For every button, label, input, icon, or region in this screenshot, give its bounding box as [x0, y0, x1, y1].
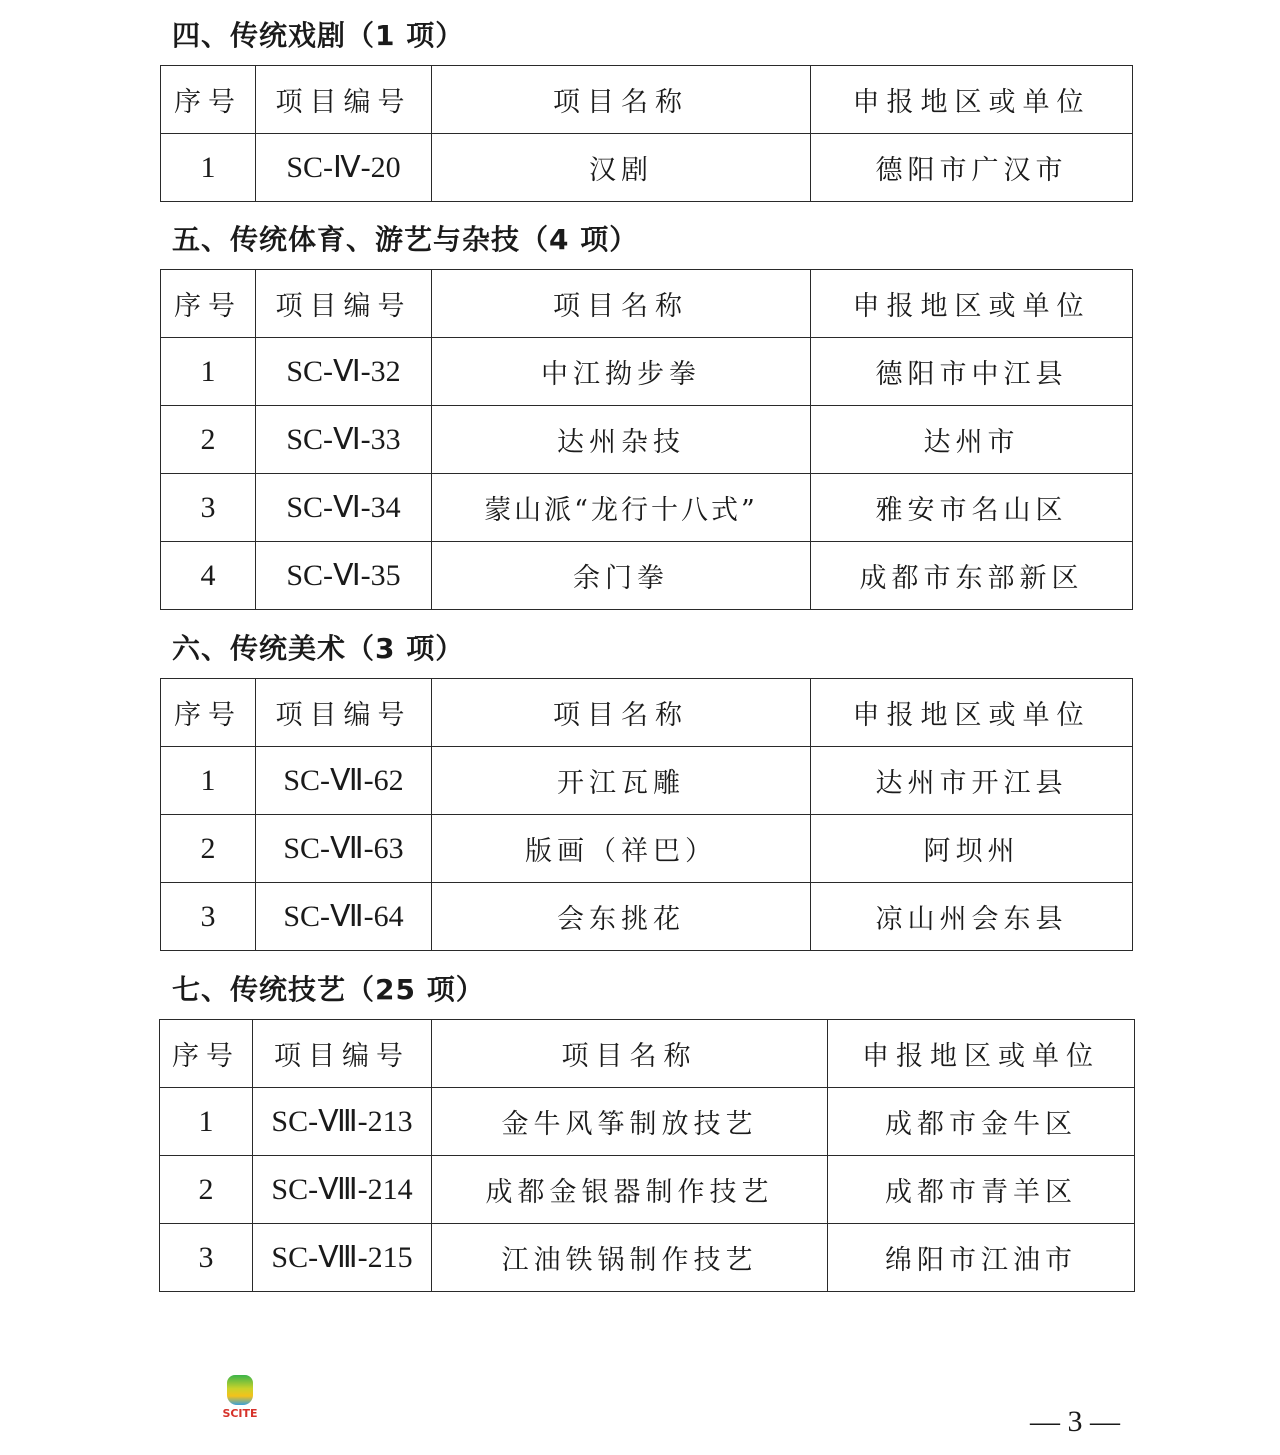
- cell-seq: 1: [161, 134, 256, 202]
- cell-name: 达州杂技: [432, 406, 811, 474]
- header-seq: 序号: [161, 679, 256, 747]
- header-seq: 序号: [161, 270, 256, 338]
- table-header-row: 序号 项目编号 项目名称 申报地区或单位: [161, 679, 1133, 747]
- cell-name: 版画（祥巴）: [432, 815, 811, 883]
- cell-seq: 2: [160, 1156, 253, 1224]
- cell-code: SC-Ⅶ-64: [256, 883, 432, 951]
- cell-seq: 1: [160, 1088, 253, 1156]
- cell-seq: 3: [161, 474, 256, 542]
- cell-region: 成都市青羊区: [828, 1156, 1135, 1224]
- page-number: — 3 —: [1030, 1405, 1120, 1439]
- cell-seq: 2: [161, 406, 256, 474]
- scite-logo-icon: [227, 1375, 253, 1405]
- cell-name: 汉剧: [432, 134, 811, 202]
- header-code: 项目编号: [253, 1020, 432, 1088]
- header-code: 项目编号: [256, 270, 432, 338]
- cell-seq: 2: [161, 815, 256, 883]
- table-row: 2 SC-Ⅵ-33 达州杂技 达州市: [161, 406, 1133, 474]
- items-table: 序号 项目编号 项目名称 申报地区或单位 1 SC-Ⅳ-20 汉剧 德阳市广汉市: [160, 65, 1133, 202]
- cell-region: 阿坝州: [811, 815, 1133, 883]
- header-seq: 序号: [160, 1020, 253, 1088]
- cell-seq: 1: [161, 338, 256, 406]
- header-name: 项目名称: [432, 270, 811, 338]
- table-row: 3 SC-Ⅷ-215 江油铁锅制作技艺 绵阳市江油市: [160, 1224, 1135, 1292]
- cell-name: 江油铁锅制作技艺: [432, 1224, 828, 1292]
- header-code: 项目编号: [256, 66, 432, 134]
- cell-code: SC-Ⅶ-62: [256, 747, 432, 815]
- cell-region: 绵阳市江油市: [828, 1224, 1135, 1292]
- cell-seq: 4: [161, 542, 256, 610]
- table-row: 2 SC-Ⅷ-214 成都金银器制作技艺 成都市青羊区: [160, 1156, 1135, 1224]
- table-row: 1 SC-Ⅳ-20 汉剧 德阳市广汉市: [161, 134, 1133, 202]
- cell-code: SC-Ⅷ-214: [253, 1156, 432, 1224]
- cell-seq: 3: [160, 1224, 253, 1292]
- header-seq: 序号: [161, 66, 256, 134]
- header-code: 项目编号: [256, 679, 432, 747]
- cell-region: 德阳市中江县: [811, 338, 1133, 406]
- cell-code: SC-Ⅶ-63: [256, 815, 432, 883]
- table-header-row: 序号 项目编号 项目名称 申报地区或单位: [161, 270, 1133, 338]
- header-name: 项目名称: [432, 1020, 828, 1088]
- cell-name: 金牛风筝制放技艺: [432, 1088, 828, 1156]
- cell-seq: 3: [161, 883, 256, 951]
- cell-name: 蒙山派“龙行十八式”: [432, 474, 811, 542]
- cell-region: 达州市: [811, 406, 1133, 474]
- table-row: 3 SC-Ⅵ-34 蒙山派“龙行十八式” 雅安市名山区: [161, 474, 1133, 542]
- items-table: 序号 项目编号 项目名称 申报地区或单位 1 SC-Ⅶ-62 开江瓦雕 达州市开…: [160, 678, 1133, 951]
- cell-code: SC-Ⅵ-32: [256, 338, 432, 406]
- cell-code: SC-Ⅵ-33: [256, 406, 432, 474]
- table-row: 1 SC-Ⅶ-62 开江瓦雕 达州市开江县: [161, 747, 1133, 815]
- table-row: 1 SC-Ⅵ-32 中江拗步拳 德阳市中江县: [161, 338, 1133, 406]
- header-name: 项目名称: [432, 66, 811, 134]
- section-heading: 五、传统体育、游艺与杂技（4 项）: [172, 218, 638, 258]
- cell-code: SC-Ⅳ-20: [256, 134, 432, 202]
- table-row: 3 SC-Ⅶ-64 会东挑花 凉山州会东县: [161, 883, 1133, 951]
- cell-name: 会东挑花: [432, 883, 811, 951]
- cell-name: 中江拗步拳: [432, 338, 811, 406]
- cell-name: 开江瓦雕: [432, 747, 811, 815]
- items-table: 序号 项目编号 项目名称 申报地区或单位 1 SC-Ⅵ-32 中江拗步拳 德阳市…: [160, 269, 1133, 610]
- cell-region: 雅安市名山区: [811, 474, 1133, 542]
- cell-code: SC-Ⅷ-213: [253, 1088, 432, 1156]
- cell-code: SC-Ⅵ-35: [256, 542, 432, 610]
- cell-region: 达州市开江县: [811, 747, 1133, 815]
- items-table: 序号 项目编号 项目名称 申报地区或单位 1 SC-Ⅷ-213 金牛风筝制放技艺…: [159, 1019, 1135, 1292]
- header-name: 项目名称: [432, 679, 811, 747]
- cell-code: SC-Ⅵ-34: [256, 474, 432, 542]
- cell-region: 凉山州会东县: [811, 883, 1133, 951]
- cell-seq: 1: [161, 747, 256, 815]
- cell-code: SC-Ⅷ-215: [253, 1224, 432, 1292]
- table-row: 1 SC-Ⅷ-213 金牛风筝制放技艺 成都市金牛区: [160, 1088, 1135, 1156]
- scite-logo: SCITE: [220, 1375, 260, 1420]
- logo-text: SCITE: [220, 1407, 260, 1420]
- header-region: 申报地区或单位: [811, 270, 1133, 338]
- table-row: 2 SC-Ⅶ-63 版画（祥巴） 阿坝州: [161, 815, 1133, 883]
- cell-region: 成都市东部新区: [811, 542, 1133, 610]
- cell-name: 余门拳: [432, 542, 811, 610]
- section-heading: 四、传统戏剧（1 项）: [172, 14, 464, 54]
- table-header-row: 序号 项目编号 项目名称 申报地区或单位: [160, 1020, 1135, 1088]
- cell-region: 德阳市广汉市: [811, 134, 1133, 202]
- cell-name: 成都金银器制作技艺: [432, 1156, 828, 1224]
- header-region: 申报地区或单位: [811, 66, 1133, 134]
- table-row: 4 SC-Ⅵ-35 余门拳 成都市东部新区: [161, 542, 1133, 610]
- table-header-row: 序号 项目编号 项目名称 申报地区或单位: [161, 66, 1133, 134]
- section-heading: 六、传统美术（3 项）: [172, 627, 464, 667]
- section-heading: 七、传统技艺（25 项）: [172, 968, 485, 1008]
- header-region: 申报地区或单位: [828, 1020, 1135, 1088]
- cell-region: 成都市金牛区: [828, 1088, 1135, 1156]
- header-region: 申报地区或单位: [811, 679, 1133, 747]
